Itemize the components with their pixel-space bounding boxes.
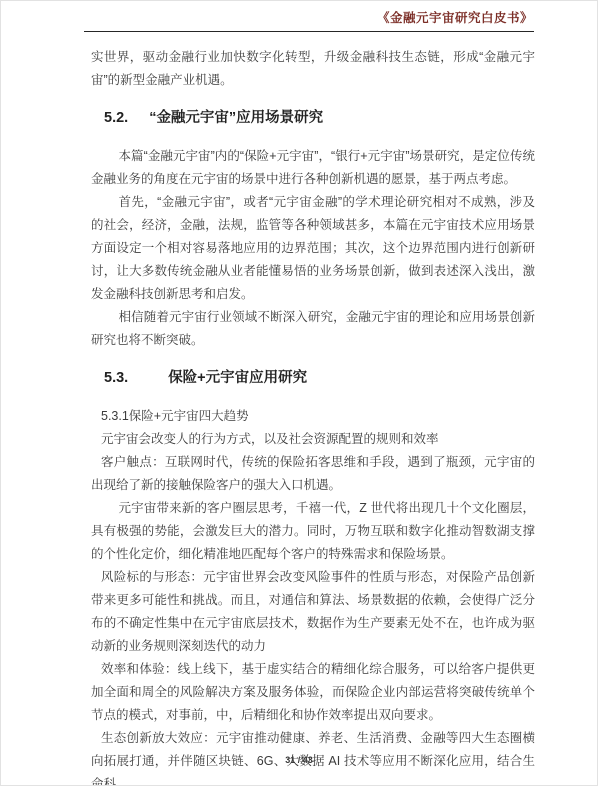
section-5-3-heading: 5.3.保险+元宇宙应用研究 xyxy=(91,368,535,389)
paragraph-customer-touchpoint: 客户触点：互联网时代，传统的保险拓客思维和手段，遇到了瓶颈，元宇宙的出现给了新的… xyxy=(91,451,535,497)
whitepaper-title: 《金融元宇宙研究白皮书》 xyxy=(377,11,533,25)
paragraph-efficiency-experience: 效率和体验：线上线下，基于虚实结合的精细化综合服务，可以给客户提供更加全面和周全… xyxy=(91,658,535,727)
page-header: 《金融元宇宙研究白皮书》 xyxy=(1,1,597,27)
section-5-3-number: 5.3. xyxy=(104,368,128,389)
section-5-2-heading: 5.2.“金融元宇宙”应用场景研究 xyxy=(91,108,535,129)
section-5-3-title: 保险+元宇宙应用研究 xyxy=(168,370,307,386)
page-content: 实世界，驱动金融行业加快数字化转型，升级金融科技生态链，形成“金融元宇宙”的新型… xyxy=(91,46,535,786)
section-5-2-number: 5.2. xyxy=(104,108,128,129)
page-number: 31 / 43 xyxy=(1,755,597,765)
intro-paragraph: 实世界，驱动金融行业加快数字化转型，升级金融科技生态链，形成“金融元宇宙”的新型… xyxy=(91,46,535,92)
paragraph-trend-intro: 元宇宙会改变人的行为方式，以及社会资源配置的规则和效率 xyxy=(91,428,535,451)
paragraph-customer-circles: 元宇宙带来新的客户圈层思考，千禧一代，Z 世代将出现几十个文化圈层，具有极强的势… xyxy=(91,497,535,566)
document-page: 《金融元宇宙研究白皮书》 实世界，驱动金融行业加快数字化转型，升级金融科技生态链… xyxy=(0,0,598,786)
paragraph-scope: 本篇“金融元宇宙”内的“保险+元宇宙”，“银行+元宇宙”场景研究，是定位传统金融… xyxy=(91,145,535,191)
subsection-5-3-1-heading: 5.3.1保险+元宇宙四大趋势 xyxy=(91,405,535,428)
paragraph-outlook: 相信随着元宇宙行业领域不断深入研究，金融元宇宙的理论和应用场景创新研究也将不断突… xyxy=(91,306,535,352)
header-rule xyxy=(84,31,534,32)
section-5-2-title: “金融元宇宙”应用场景研究 xyxy=(149,110,323,126)
paragraph-considerations: 首先，“金融元宇宙”，或者“元宇宙金融”的学术理论研究相对不成熟，涉及的社会，经… xyxy=(91,191,535,306)
paragraph-risk-forms: 风险标的与形态：元宇宙世界会改变风险事件的性质与形态，对保险产品创新带来更多可能… xyxy=(91,566,535,658)
